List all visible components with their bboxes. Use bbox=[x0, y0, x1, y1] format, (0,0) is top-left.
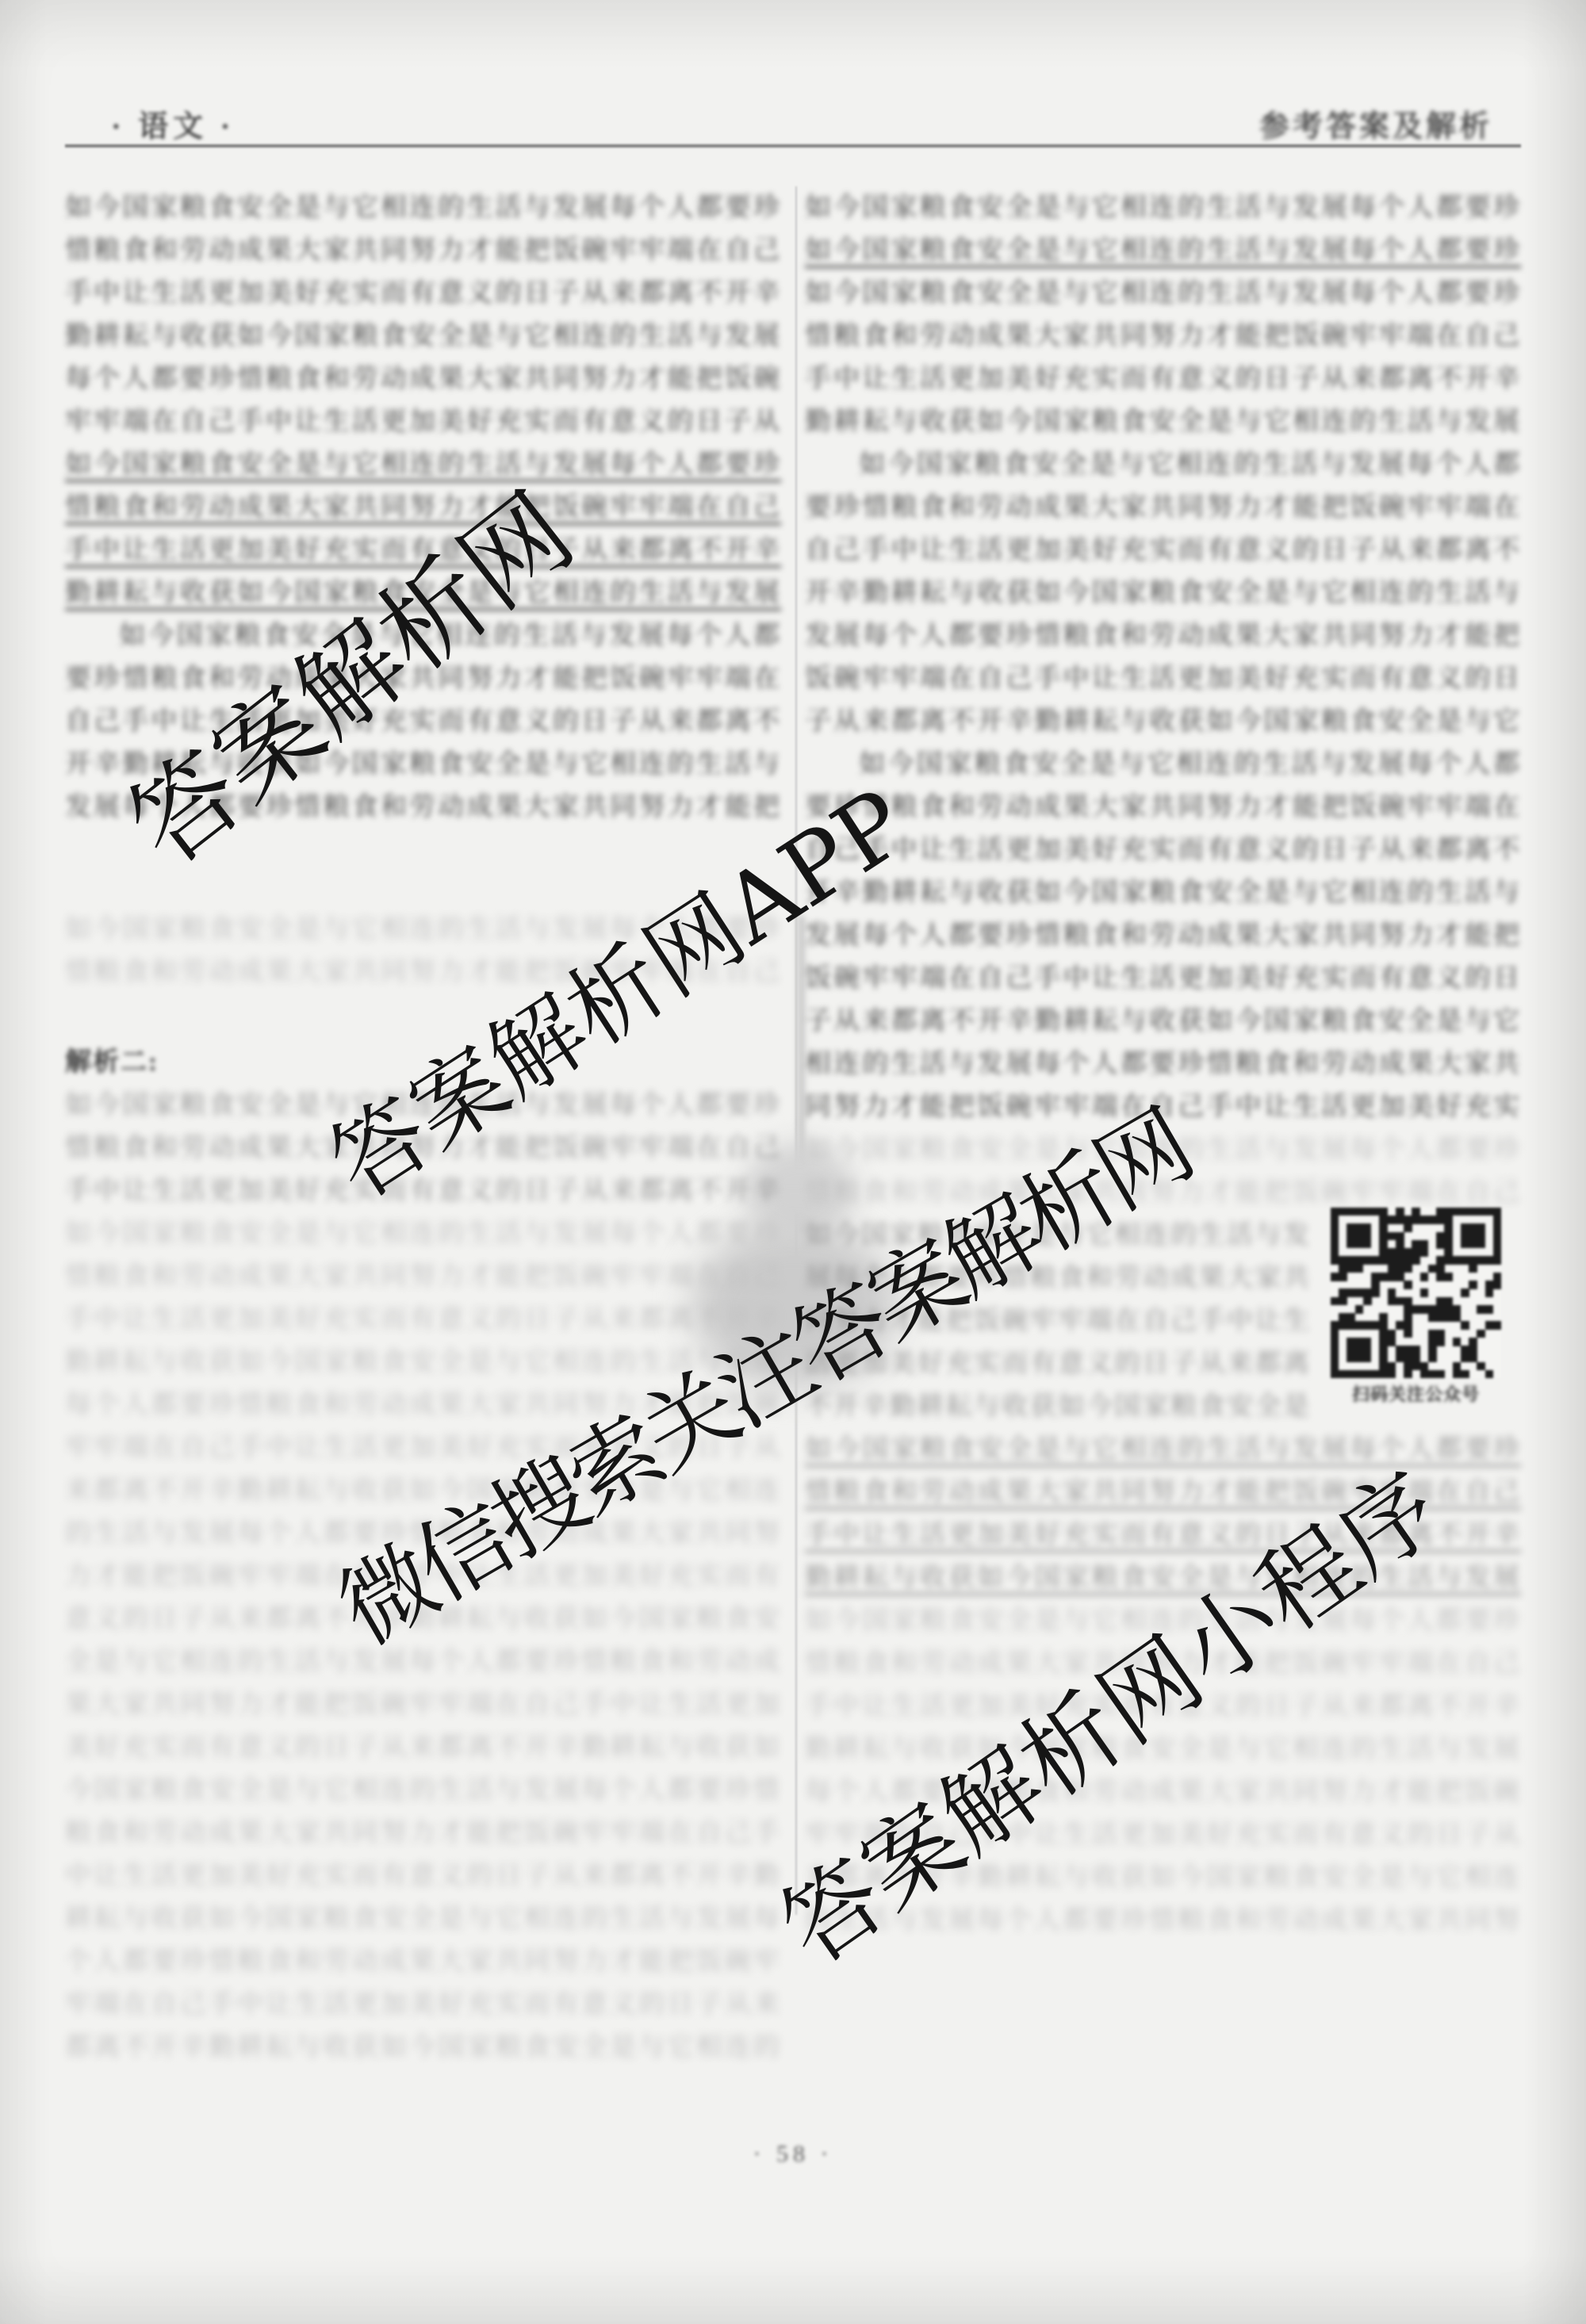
header-divider-rule bbox=[65, 144, 1521, 147]
page-number: · 58 · bbox=[0, 2141, 1586, 2168]
qr-caption: 扫码关注公众号 bbox=[1323, 1381, 1509, 1406]
subject-title: · 语文 · bbox=[111, 101, 235, 145]
column-divider-rule bbox=[795, 186, 797, 1915]
blurred-text-paragraph: 如今国家粮食安全是与它相连的生活与发展每个人都要珍惜粮食和劳动成果大家共同努力才… bbox=[805, 443, 1521, 743]
page-section-title: 参考答案及解析 bbox=[1259, 101, 1492, 145]
blurred-text-paragraph: 如今国家粮食安全是与它相连的生活与发展每个人都要珍惜粮食和劳动成果大家共同努力才… bbox=[805, 229, 1521, 272]
blurred-text-paragraph: 如今国家粮食安全是与它相连的生活与发展每个人都要珍惜粮食和劳动成果大家共同努力才… bbox=[805, 743, 1521, 1128]
scanned-answer-page: · 语文 · 参考答案及解析 如今国家粮食安全是与它相连的生活与发展每个人都要珍… bbox=[0, 0, 1586, 2324]
blurred-text-paragraph: 如今国家粮食安全是与它相连的生活与发展每个人都要珍惜粮食和劳动成果大家共同努力才… bbox=[805, 186, 1521, 229]
qr-code bbox=[1331, 1208, 1501, 1378]
blurred-text-paragraph: 如今国家粮食安全是与它相连的生活与发展每个人都要珍惜粮食和劳动成果大家共同努力才… bbox=[65, 186, 781, 443]
blurred-text-paragraph: 如今国家粮食安全是与它相连的生活与发展每个人都要珍惜粮食和劳动成果大家共同努力才… bbox=[805, 272, 1521, 443]
